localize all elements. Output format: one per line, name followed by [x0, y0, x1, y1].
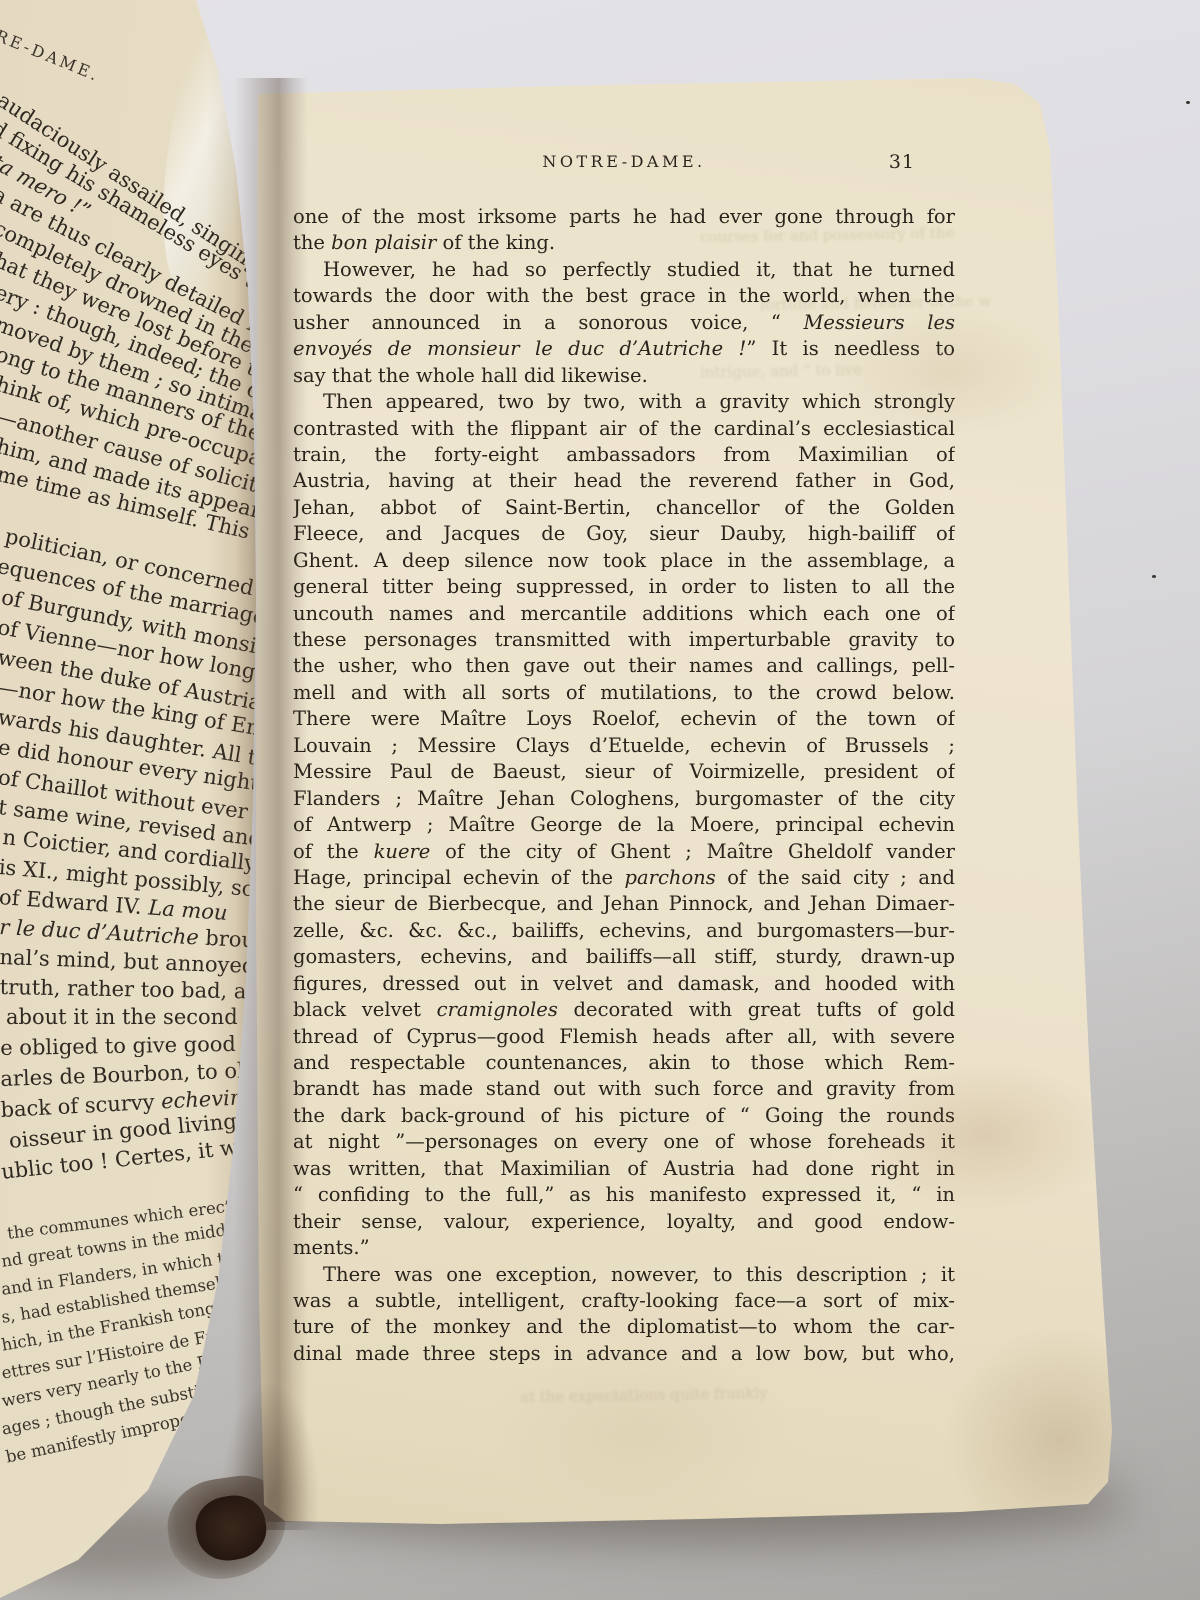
text-line: train, the forty-eight ambassadors from … — [293, 442, 955, 468]
text-line: was written, that Maximilian of Austria … — [293, 1156, 955, 1182]
text-line: figures, dressed out in velvet and damas… — [293, 971, 955, 997]
dust-speck — [1186, 101, 1190, 104]
open-book-photo: RE-DAME. audaciously assailed, singingd … — [0, 0, 1200, 1600]
text-line: the sieur de Bierbecque, and Jehan Pinno… — [293, 891, 955, 917]
text-line: Fleece, and Jacques de Goy, sieur Dauby,… — [293, 521, 955, 547]
text-line: contrasted with the flippant air of the … — [293, 416, 955, 442]
page-header-title: NOTRE-DAME. — [293, 152, 955, 171]
text-line: brandt has made stand out with such forc… — [293, 1076, 955, 1102]
text-line: Hage, principal echevin of the parchons … — [293, 865, 955, 891]
text-line: There was one exception, nowever, to thi… — [293, 1262, 955, 1288]
text-line: one of the most irksome parts he had eve… — [293, 204, 955, 230]
left-page-edge-shade — [206, 0, 260, 1520]
text-line: thread of Cyprus—good Flemish heads afte… — [293, 1024, 955, 1050]
text-line: Flanders ; Maître Jehan Cologhens, burgo… — [293, 786, 955, 812]
text-line: these personages transmitted with impert… — [293, 627, 955, 653]
text-line: ture of the monkey and the diplomatist—t… — [293, 1314, 955, 1340]
text-line: the bon plaisir of the king. — [293, 230, 955, 256]
text-line: general titter being suppressed, in orde… — [293, 574, 955, 600]
text-line: the dark back-ground of his picture of “… — [293, 1103, 955, 1129]
left-page-line: arles de Bourbon, to obscur — [0, 1057, 297, 1091]
text-line: envoyés de monsieur le duc d’Autriche !”… — [293, 336, 955, 362]
text-line: However, he had so perfectly studied it,… — [293, 257, 955, 283]
text-line: Jehan, abbot of Saint-Bertin, chancellor… — [293, 495, 955, 521]
text-line: and respectable countenances, akin to th… — [293, 1050, 955, 1076]
text-line: Then appeared, two by two, with a gravit… — [293, 389, 955, 415]
text-line: was a subtle, intelligent, crafty-lookin… — [293, 1288, 955, 1314]
running-head: NOTRE-DAME. 31 — [293, 152, 955, 176]
left-page-running-head: RE-DAME. — [0, 26, 103, 85]
text-line: “ confiding to the full,” as his manifes… — [293, 1182, 955, 1208]
text-line: dinal made three steps in advance and a … — [293, 1341, 955, 1367]
text-line: There were Maître Loys Roelof, echevin o… — [293, 706, 955, 732]
text-line: Ghent. A deep silence now took place in … — [293, 548, 955, 574]
text-line: Austria, having at their head the revere… — [293, 468, 955, 494]
left-page-line: truth, rather too bad, and w — [0, 975, 298, 1004]
text-line: at night ”—personages on every one of wh… — [293, 1129, 955, 1155]
text-line: their sense, valour, experience, loyalty… — [293, 1209, 955, 1235]
bleed-through-line: at the expectations quite frankly — [520, 1384, 768, 1406]
text-line: towards the door with the best grace in … — [293, 283, 955, 309]
body-text: one of the most irksome parts he had eve… — [293, 204, 955, 1367]
dust-speck — [1152, 575, 1156, 578]
text-line: of the kuere of the city of Ghent ; Maît… — [293, 839, 955, 865]
text-line: uncouth names and mercantile additions w… — [293, 601, 955, 627]
text-line: mell and with all sorts of mutilations, … — [293, 680, 955, 706]
text-line: gomasters, echevins, and bailiffs—all st… — [293, 944, 955, 970]
text-line: the usher, who then gave out their names… — [293, 653, 955, 679]
page-number: 31 — [889, 151, 915, 173]
text-line: ments.” — [293, 1235, 955, 1261]
text-line: of Antwerp ; Maître George de la Moere, … — [293, 812, 955, 838]
text-line: Louvain ; Messire Clays d’Etuelde, echev… — [293, 733, 955, 759]
text-line: Messire Paul de Baeust, sieur of Voirmiz… — [293, 759, 955, 785]
text-line: usher announced in a sonorous voice, “ M… — [293, 310, 955, 336]
text-line: zelle, &c. &c. &c., bailiffs, echevins, … — [293, 918, 955, 944]
text-line: say that the whole hall did likewise. — [293, 363, 955, 389]
text-line: black velvet cramignoles decorated with … — [293, 997, 955, 1023]
